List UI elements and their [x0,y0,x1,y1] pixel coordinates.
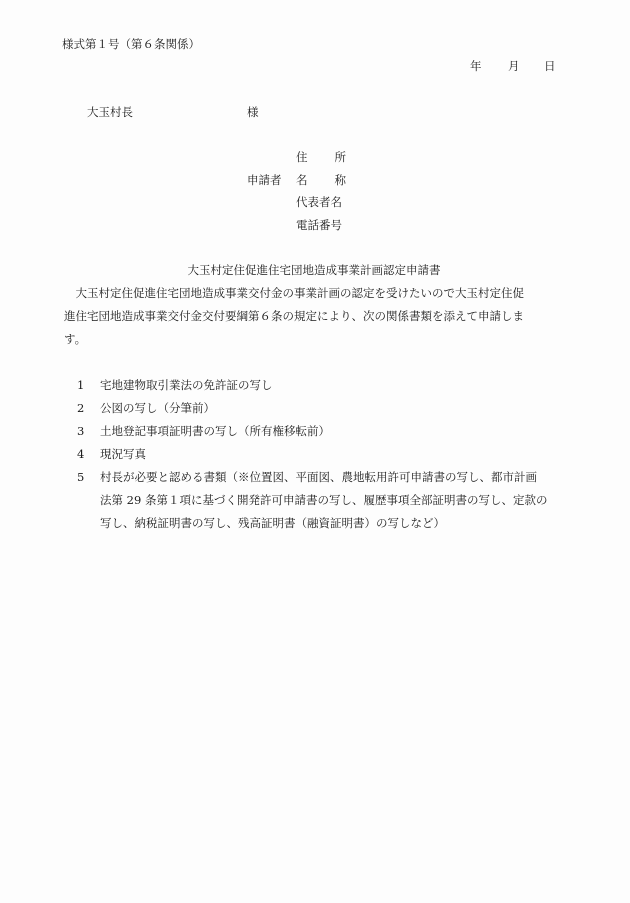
list-item-number: 2 [77,400,84,416]
body-line: す。 [64,331,86,347]
applicant-field-phone: 電話番号 [296,217,342,233]
applicant-field-address: 住 所 [296,149,346,165]
list-item-number: 4 [77,446,84,462]
date-month-label: 月 [508,58,520,74]
list-item-number: 5 [77,469,84,485]
body-line: 大玉村定住促進住宅団地造成事業交付金の事業計画の認定を受けたいので大玉村定住促 [64,285,524,301]
body-line: 進住宅団地造成事業交付金交付要綱第６条の規定により、次の関係書類を添えて申請しま [64,308,524,324]
addressee-name: 大玉村長 [87,104,133,120]
document-title-text: 大玉村定住促進住宅団地造成事業計画認定申請書 [188,263,441,277]
field-label-left: 住 [296,149,308,165]
applicant-field-representative: 代表者名 [296,194,342,210]
field-label-left: 名 [296,172,308,188]
list-item-number: 3 [77,423,84,439]
applicant-label: 申請者 [247,172,282,188]
list-item-text: 現況写真 [100,446,146,462]
form-number: 様式第１号（第６条関係） [62,36,200,52]
field-label-right: 称 [335,172,347,188]
applicant-field-name: 名 称 [296,172,346,188]
list-item-text: 村長が必要と認める書類（※位置図、平面図、農地転用許可申請書の写し、都市計画 [100,469,537,485]
date-day-label: 日 [544,58,556,74]
list-item-text-continued: 法第 29 条第１項に基づく開発許可申請書の写し、履歴事項全部証明書の写し、定款… [100,492,547,508]
field-label-right: 所 [335,149,347,165]
list-item-text-continued: 写し、納税証明書の写し、残高証明書（融資証明書）の写しなど） [100,515,445,531]
list-item-number: 1 [77,377,84,393]
list-item-text: 土地登記事項証明書の写し（所有権移転前） [100,423,330,439]
list-item-text: 公図の写し（分筆前） [100,400,215,416]
list-item-text: 宅地建物取引業法の免許証の写し [100,377,273,393]
document-title: 大玉村定住促進住宅団地造成事業計画認定申請書 [0,262,630,278]
addressee-honorific: 様 [247,104,259,120]
date-year-label: 年 [470,58,482,74]
